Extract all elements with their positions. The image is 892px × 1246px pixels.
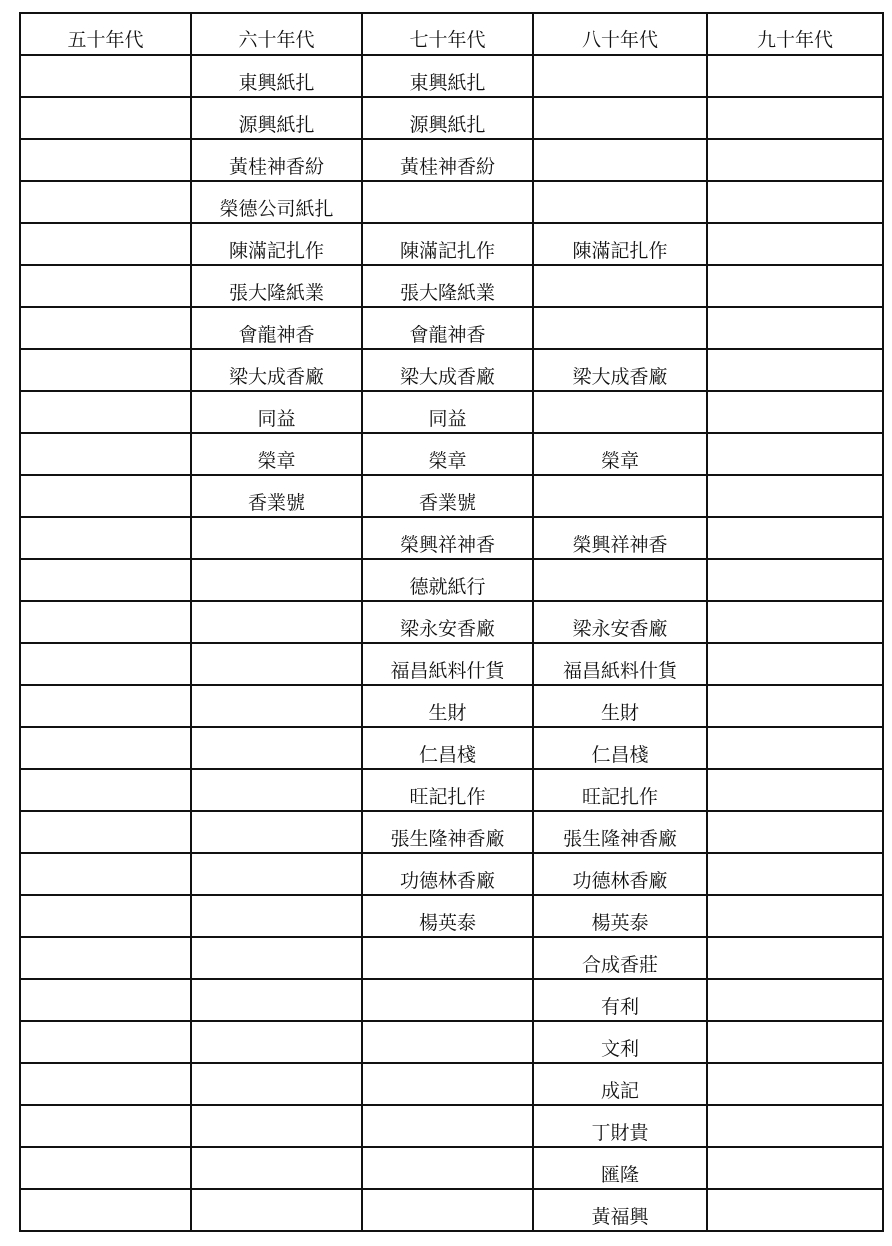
cell-1970s: 生財 — [362, 685, 533, 727]
cell-1990s — [707, 559, 883, 601]
cell-1960s — [191, 517, 362, 559]
cell-1980s — [533, 55, 707, 97]
cell-1950s — [20, 853, 191, 895]
cell-1990s — [707, 895, 883, 937]
cell-1950s — [20, 55, 191, 97]
cell-1990s — [707, 769, 883, 811]
cell-1970s — [362, 979, 533, 1021]
cell-1970s: 榮章 — [362, 433, 533, 475]
cell-1950s — [20, 979, 191, 1021]
cell-1980s: 生財 — [533, 685, 707, 727]
table-row: 香業號香業號 — [20, 475, 883, 517]
cell-1990s — [707, 223, 883, 265]
cell-1960s — [191, 727, 362, 769]
cell-1980s: 陳滿記扎作 — [533, 223, 707, 265]
cell-1970s: 旺記扎作 — [362, 769, 533, 811]
cell-1970s: 梁大成香廠 — [362, 349, 533, 391]
cell-1960s — [191, 979, 362, 1021]
cell-1950s — [20, 937, 191, 979]
cell-1970s: 同益 — [362, 391, 533, 433]
cell-1960s: 榮章 — [191, 433, 362, 475]
cell-1990s — [707, 937, 883, 979]
cell-1960s: 黃桂神香紛 — [191, 139, 362, 181]
cell-1950s — [20, 643, 191, 685]
table-row: 東興紙扎東興紙扎 — [20, 55, 883, 97]
cell-1950s — [20, 1147, 191, 1189]
cell-1950s — [20, 1063, 191, 1105]
cell-1950s — [20, 811, 191, 853]
cell-1990s — [707, 1063, 883, 1105]
header-row: 五十年代 六十年代 七十年代 八十年代 九十年代 — [20, 13, 883, 55]
cell-1960s: 東興紙扎 — [191, 55, 362, 97]
cell-1960s — [191, 1021, 362, 1063]
cell-1970s: 陳滿記扎作 — [362, 223, 533, 265]
cell-1960s — [191, 1189, 362, 1231]
table-row: 榮章榮章榮章 — [20, 433, 883, 475]
cell-1960s — [191, 769, 362, 811]
table-row: 梁永安香廠梁永安香廠 — [20, 601, 883, 643]
cell-1990s — [707, 265, 883, 307]
cell-1950s — [20, 517, 191, 559]
table-row: 榮德公司紙扎 — [20, 181, 883, 223]
cell-1980s: 合成香莊 — [533, 937, 707, 979]
cell-1990s — [707, 97, 883, 139]
cell-1990s — [707, 685, 883, 727]
cell-1990s — [707, 139, 883, 181]
cell-1960s — [191, 1105, 362, 1147]
table-row: 陳滿記扎作陳滿記扎作陳滿記扎作 — [20, 223, 883, 265]
cell-1970s: 香業號 — [362, 475, 533, 517]
cell-1970s: 福昌紙料什貨 — [362, 643, 533, 685]
cell-1950s — [20, 685, 191, 727]
cell-1950s — [20, 223, 191, 265]
cell-1950s — [20, 97, 191, 139]
cell-1970s — [362, 181, 533, 223]
cell-1970s — [362, 1189, 533, 1231]
table-row: 丁財貴 — [20, 1105, 883, 1147]
table-row: 梁大成香廠梁大成香廠梁大成香廠 — [20, 349, 883, 391]
cell-1950s — [20, 601, 191, 643]
table-body: 東興紙扎東興紙扎源興紙扎源興紙扎黃桂神香紛黃桂神香紛榮德公司紙扎陳滿記扎作陳滿記… — [20, 55, 883, 1231]
cell-1980s: 梁永安香廠 — [533, 601, 707, 643]
cell-1980s: 福昌紙料什貨 — [533, 643, 707, 685]
cell-1970s: 黃桂神香紛 — [362, 139, 533, 181]
cell-1950s — [20, 181, 191, 223]
cell-1980s — [533, 559, 707, 601]
cell-1980s: 成記 — [533, 1063, 707, 1105]
cell-1990s — [707, 517, 883, 559]
header-1950s: 五十年代 — [20, 13, 191, 55]
cell-1970s: 東興紙扎 — [362, 55, 533, 97]
cell-1970s: 功德林香廠 — [362, 853, 533, 895]
cell-1980s — [533, 391, 707, 433]
table-row: 生財生財 — [20, 685, 883, 727]
cell-1960s: 會龍神香 — [191, 307, 362, 349]
table-row: 張大隆紙業張大隆紙業 — [20, 265, 883, 307]
cell-1960s: 梁大成香廠 — [191, 349, 362, 391]
cell-1960s — [191, 559, 362, 601]
cell-1950s — [20, 769, 191, 811]
cell-1980s — [533, 181, 707, 223]
cell-1970s: 會龍神香 — [362, 307, 533, 349]
cell-1960s: 源興紙扎 — [191, 97, 362, 139]
cell-1960s — [191, 1063, 362, 1105]
cell-1970s: 楊英泰 — [362, 895, 533, 937]
cell-1960s — [191, 1147, 362, 1189]
cell-1960s — [191, 853, 362, 895]
cell-1990s — [707, 853, 883, 895]
cell-1990s — [707, 181, 883, 223]
cell-1980s: 文利 — [533, 1021, 707, 1063]
table-row: 功德林香廠功德林香廠 — [20, 853, 883, 895]
cell-1960s: 張大隆紙業 — [191, 265, 362, 307]
cell-1990s — [707, 307, 883, 349]
table-row: 同益同益 — [20, 391, 883, 433]
table-row: 成記 — [20, 1063, 883, 1105]
cell-1970s — [362, 1063, 533, 1105]
header-1980s: 八十年代 — [533, 13, 707, 55]
cell-1980s — [533, 475, 707, 517]
table-row: 會龍神香會龍神香 — [20, 307, 883, 349]
cell-1970s — [362, 937, 533, 979]
cell-1960s — [191, 643, 362, 685]
table-row: 德就紙行 — [20, 559, 883, 601]
cell-1970s: 仁昌棧 — [362, 727, 533, 769]
table-row: 張生隆神香廠張生隆神香廠 — [20, 811, 883, 853]
cell-1980s: 梁大成香廠 — [533, 349, 707, 391]
cell-1990s — [707, 349, 883, 391]
cell-1980s: 張生隆神香廠 — [533, 811, 707, 853]
cell-1950s — [20, 433, 191, 475]
cell-1980s — [533, 307, 707, 349]
cell-1950s — [20, 895, 191, 937]
table-row: 源興紙扎源興紙扎 — [20, 97, 883, 139]
cell-1990s — [707, 1105, 883, 1147]
cell-1970s: 張生隆神香廠 — [362, 811, 533, 853]
cell-1970s: 源興紙扎 — [362, 97, 533, 139]
cell-1980s: 功德林香廠 — [533, 853, 707, 895]
cell-1950s — [20, 1105, 191, 1147]
table-row: 有利 — [20, 979, 883, 1021]
cell-1980s — [533, 97, 707, 139]
cell-1960s — [191, 685, 362, 727]
cell-1980s: 榮興祥神香 — [533, 517, 707, 559]
cell-1990s — [707, 979, 883, 1021]
cell-1950s — [20, 265, 191, 307]
cell-1990s — [707, 391, 883, 433]
cell-1990s — [707, 475, 883, 517]
cell-1980s: 旺記扎作 — [533, 769, 707, 811]
cell-1980s: 楊英泰 — [533, 895, 707, 937]
cell-1980s: 黃福興 — [533, 1189, 707, 1231]
cell-1970s — [362, 1105, 533, 1147]
cell-1980s — [533, 265, 707, 307]
cell-1980s: 有利 — [533, 979, 707, 1021]
cell-1950s — [20, 1021, 191, 1063]
cell-1950s — [20, 559, 191, 601]
cell-1960s: 陳滿記扎作 — [191, 223, 362, 265]
decade-shops-table: 五十年代 六十年代 七十年代 八十年代 九十年代 東興紙扎東興紙扎源興紙扎源興紙… — [19, 12, 884, 1232]
cell-1950s — [20, 349, 191, 391]
header-1970s: 七十年代 — [362, 13, 533, 55]
cell-1990s — [707, 1189, 883, 1231]
cell-1990s — [707, 433, 883, 475]
cell-1950s — [20, 307, 191, 349]
cell-1980s: 丁財貴 — [533, 1105, 707, 1147]
cell-1970s: 德就紙行 — [362, 559, 533, 601]
cell-1970s — [362, 1147, 533, 1189]
header-1990s: 九十年代 — [707, 13, 883, 55]
cell-1970s: 張大隆紙業 — [362, 265, 533, 307]
cell-1950s — [20, 475, 191, 517]
cell-1990s — [707, 55, 883, 97]
table-row: 文利 — [20, 1021, 883, 1063]
cell-1980s — [533, 139, 707, 181]
cell-1950s — [20, 1189, 191, 1231]
table-row: 合成香莊 — [20, 937, 883, 979]
cell-1990s — [707, 727, 883, 769]
cell-1990s — [707, 643, 883, 685]
table-row: 榮興祥神香榮興祥神香 — [20, 517, 883, 559]
table-row: 黃桂神香紛黃桂神香紛 — [20, 139, 883, 181]
cell-1950s — [20, 727, 191, 769]
cell-1980s: 榮章 — [533, 433, 707, 475]
cell-1990s — [707, 811, 883, 853]
cell-1990s — [707, 601, 883, 643]
cell-1980s: 匯隆 — [533, 1147, 707, 1189]
table-row: 楊英泰楊英泰 — [20, 895, 883, 937]
cell-1950s — [20, 391, 191, 433]
cell-1970s: 梁永安香廠 — [362, 601, 533, 643]
table-row: 旺記扎作旺記扎作 — [20, 769, 883, 811]
table-row: 仁昌棧仁昌棧 — [20, 727, 883, 769]
table-row: 匯隆 — [20, 1147, 883, 1189]
cell-1990s — [707, 1147, 883, 1189]
cell-1950s — [20, 139, 191, 181]
cell-1960s — [191, 937, 362, 979]
cell-1960s — [191, 895, 362, 937]
cell-1960s: 香業號 — [191, 475, 362, 517]
cell-1960s: 榮德公司紙扎 — [191, 181, 362, 223]
cell-1990s — [707, 1021, 883, 1063]
cell-1960s — [191, 811, 362, 853]
cell-1970s: 榮興祥神香 — [362, 517, 533, 559]
header-1960s: 六十年代 — [191, 13, 362, 55]
cell-1980s: 仁昌棧 — [533, 727, 707, 769]
table-row: 黃福興 — [20, 1189, 883, 1231]
cell-1960s — [191, 601, 362, 643]
table-row: 福昌紙料什貨福昌紙料什貨 — [20, 643, 883, 685]
cell-1970s — [362, 1021, 533, 1063]
cell-1960s: 同益 — [191, 391, 362, 433]
